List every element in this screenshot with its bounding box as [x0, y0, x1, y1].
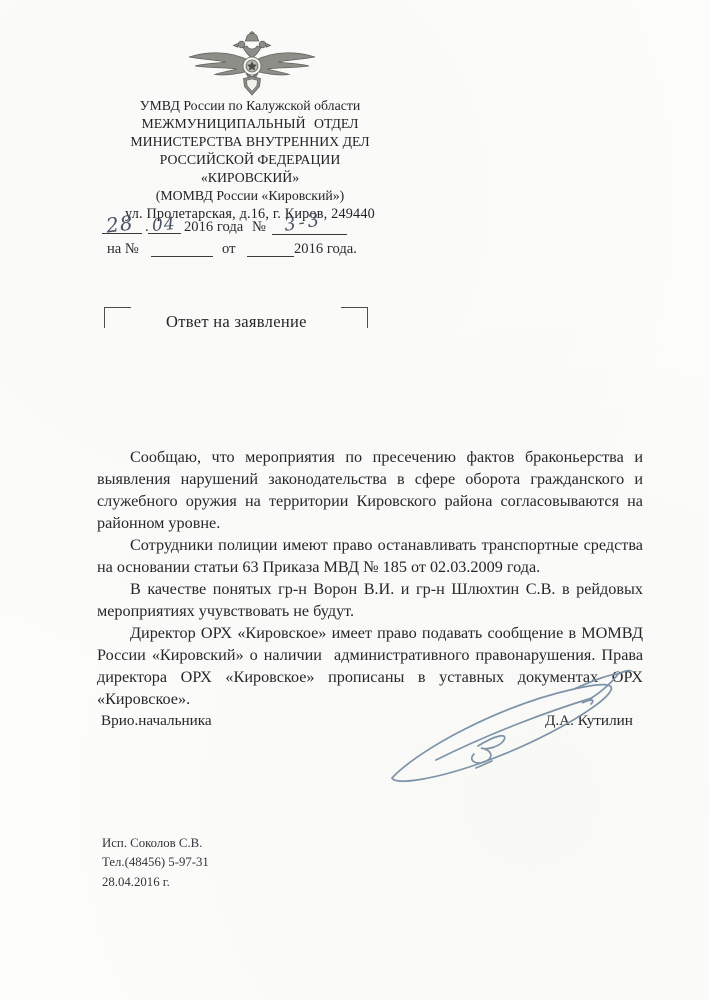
corner-mark-left [104, 307, 131, 328]
letterhead-line: РОССИЙСКОЙ ФЕДЕРАЦИИ [75, 151, 425, 169]
scanned-letter-page: УМВД России по Калужской области МЕЖМУНИ… [0, 0, 709, 1000]
letterhead-line: (МОМВД России «Кировский») [75, 187, 425, 205]
blank-line [272, 234, 347, 235]
date-year-label: 2016 года [184, 219, 243, 236]
executor-phone: Тел.(48456) 5-97-31 [102, 853, 209, 872]
subject-title: Ответ на заявление [166, 312, 307, 332]
letterhead-line: МИНИСТЕРСТВА ВНУТРЕННИХ ДЕЛ [75, 133, 425, 151]
body-paragraph: Сообщаю, что мероприятия по пресечению ф… [97, 446, 643, 534]
reference-middle: от [222, 241, 235, 258]
blank-line [151, 256, 213, 257]
letterhead-line: «КИРОВСКИЙ» [75, 169, 425, 187]
signoff-position: Врио.начальника [101, 712, 212, 730]
letterhead-line: УМВД России по Калужской области [75, 97, 425, 115]
blank-line [247, 256, 294, 257]
executor-block: Исп. Соколов С.В. Тел.(48456) 5-97-31 28… [102, 834, 209, 892]
executor-date: 28.04.2016 г. [102, 873, 209, 892]
number-sign-label: № [252, 219, 266, 236]
body-paragraph: В качестве понятых гр-н Ворон В.И. и гр-… [97, 578, 643, 622]
corner-mark-right [341, 307, 368, 328]
letterhead-block: УМВД России по Калужской области МЕЖМУНИ… [75, 97, 425, 223]
blank-line [102, 233, 142, 234]
blank-line [148, 233, 181, 234]
signature-ink [378, 668, 660, 790]
mvd-eagle-emblem-icon [186, 30, 318, 96]
body-paragraph: Сотрудники полиции имеют право останавли… [97, 534, 643, 578]
reference-prefix: на № [107, 241, 139, 258]
handwritten-number: 3-3 [283, 209, 324, 236]
letterhead-line: МЕЖМУНИЦИПАЛЬНЫЙ ОТДЕЛ [75, 115, 425, 133]
executor-name: Исп. Соколов С.В. [102, 834, 209, 853]
reference-suffix: 2016 года. [294, 241, 357, 258]
